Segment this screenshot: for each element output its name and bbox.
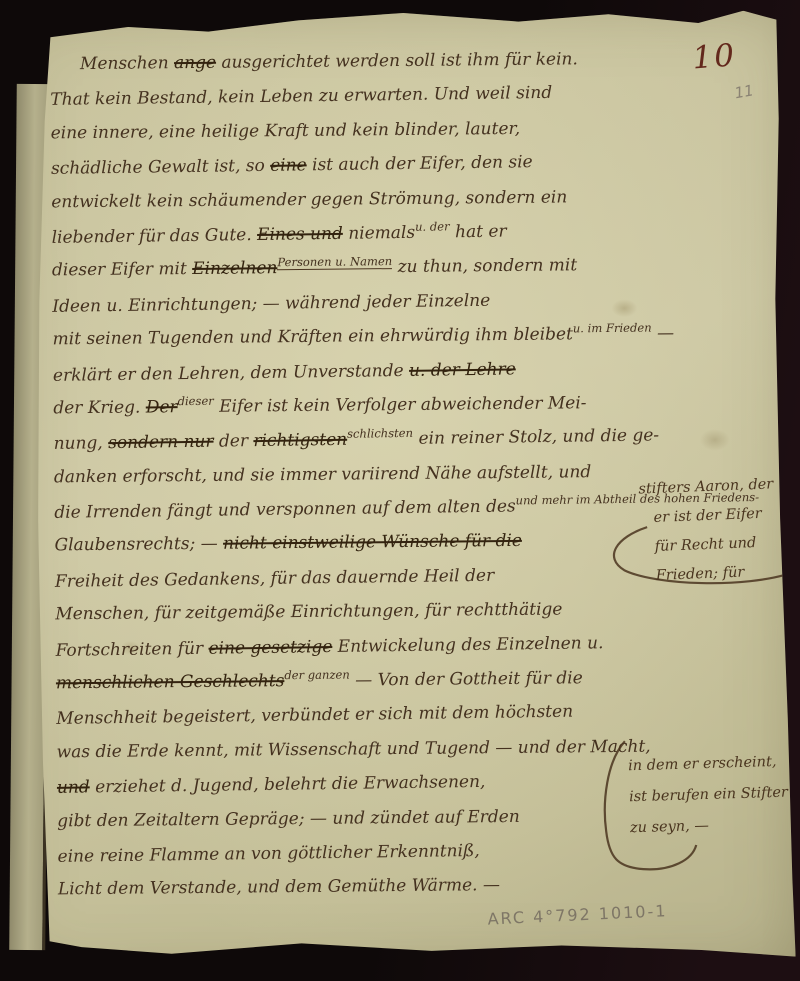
struck-text: eine	[270, 155, 307, 176]
handwriting-text: zu thun, sondern mit	[392, 256, 577, 278]
handwriting-text: der Krieg.	[53, 397, 146, 418]
margin-note-line: in dem er erscheint,	[628, 747, 788, 783]
handwriting-text: was die Erde kennt, mit Wissenschaft und…	[57, 736, 651, 762]
handwriting-text: ausgerichtet werden soll ist ihm für kei…	[216, 49, 578, 72]
inserted-text: dieser	[177, 394, 213, 408]
handwriting-text: entwickelt kein schäumender gegen Strömu…	[51, 187, 567, 212]
inserted-text: u. im Frieden	[573, 321, 652, 336]
margin-note-right-1: stifters Aaron, derer ist der Eiferfür R…	[638, 470, 777, 591]
inserted-text: schlichsten	[347, 426, 413, 441]
struck-text: eine gesetzige	[208, 637, 332, 659]
struck-text: sondern nur	[108, 432, 214, 453]
handwriting-text: erziehet d. Jugend, belehrt die Erwachse…	[90, 772, 486, 798]
handwriting-text: Ideen u. Einrichtungen; — während jeder …	[52, 291, 490, 317]
handwriting-text: Menschheit begeistert, verbündet er sich…	[56, 702, 573, 729]
handwriting-text: —	[652, 324, 675, 344]
handwriting-text: That kein Bestand, kein Leben zu erwarte…	[50, 83, 552, 110]
handwriting-text: Eifer ist kein Verfolger abweichender Me…	[214, 393, 587, 417]
struck-text: richtigsten	[253, 430, 347, 451]
handwriting-text: eine innere, eine heilige Kraft und kein…	[51, 119, 521, 144]
struck-text: u. der Lehre	[409, 359, 516, 380]
handwriting-text: Entwickelung des Einzelnen u.	[332, 633, 603, 657]
handwriting-text: ist auch der Eifer, den sie	[307, 152, 533, 175]
margin-note-line: ist berufen ein Stifter	[629, 778, 789, 814]
inserted-text: der ganzen	[284, 667, 350, 682]
handwriting-text: hat er	[450, 221, 507, 242]
handwriting-text: dieser Eifer mit	[52, 259, 192, 280]
handwriting-text: gibt den Zeitaltern Gepräge; — und zünde…	[57, 806, 520, 830]
handwriting-text: niemals	[343, 223, 416, 244]
handwriting-text: schädliche Gewalt ist, so	[51, 156, 270, 179]
manuscript-page: 10 11 Menschen ange ausgerichtet werden …	[0, 0, 800, 981]
struck-text: nicht einstweilige Wünsche für die	[223, 531, 522, 554]
handwriting-text: liebender für das Gute.	[52, 225, 258, 248]
handwriting-text: Glaubensrechts; —	[55, 534, 224, 556]
struck-text: Eines und	[257, 224, 343, 245]
handwriting-text: erklärt er den Lehren, dem Unverstande	[53, 360, 409, 385]
margin-note-line: Frieden; für	[641, 557, 777, 591]
manuscript-scan: 10 11 Menschen ange ausgerichtet werden …	[0, 0, 800, 981]
struck-text: Einzelnen	[192, 259, 277, 280]
margin-note-line: für Recht und	[640, 528, 776, 562]
handwriting-text: Freiheit des Gedankens, für das dauernde…	[55, 566, 494, 592]
archival-shelfmark: ARC 4°792 1010-1	[487, 901, 668, 928]
struck-text: Der	[146, 397, 178, 417]
struck-text: und	[57, 778, 90, 798]
handwriting-text: ein reiner Stolz, und die ge-	[413, 426, 659, 449]
margin-note-right-2: in dem er erscheint,ist berufen ein Stif…	[628, 747, 790, 845]
handwriting-text: die Irrenden fängt und versponnen auf de…	[54, 497, 516, 523]
handwriting-text: nung,	[54, 433, 109, 454]
struck-text: ange	[174, 53, 216, 73]
handwriting-text: der	[213, 431, 253, 452]
margin-note-line: zu seyn, —	[630, 809, 790, 845]
handwriting-text: Licht dem Verstande, und dem Gemüthe Wär…	[58, 875, 500, 899]
struck-text: menschlichen Geschlechts	[56, 671, 285, 693]
handwriting-text: Fortschreiten für	[55, 638, 208, 660]
handwriting-text: Menschen, für zeitgemäße Einrichtungen, …	[55, 600, 562, 625]
inserted-underlined-text: Personen u. Namen	[277, 254, 392, 270]
handwriting-text: danken erforscht, und sie immer variiren…	[54, 462, 591, 487]
handwriting-text: Menschen	[80, 53, 174, 74]
inserted-text: u. der	[415, 219, 450, 233]
handwriting-text: mit seinen Tugenden und Kräften ein ehrw…	[53, 324, 573, 349]
handwriting-text: eine reine Flamme an von göttlicher Erke…	[57, 841, 479, 867]
handwriting-text: — Von der Gottheit für die	[350, 668, 583, 690]
